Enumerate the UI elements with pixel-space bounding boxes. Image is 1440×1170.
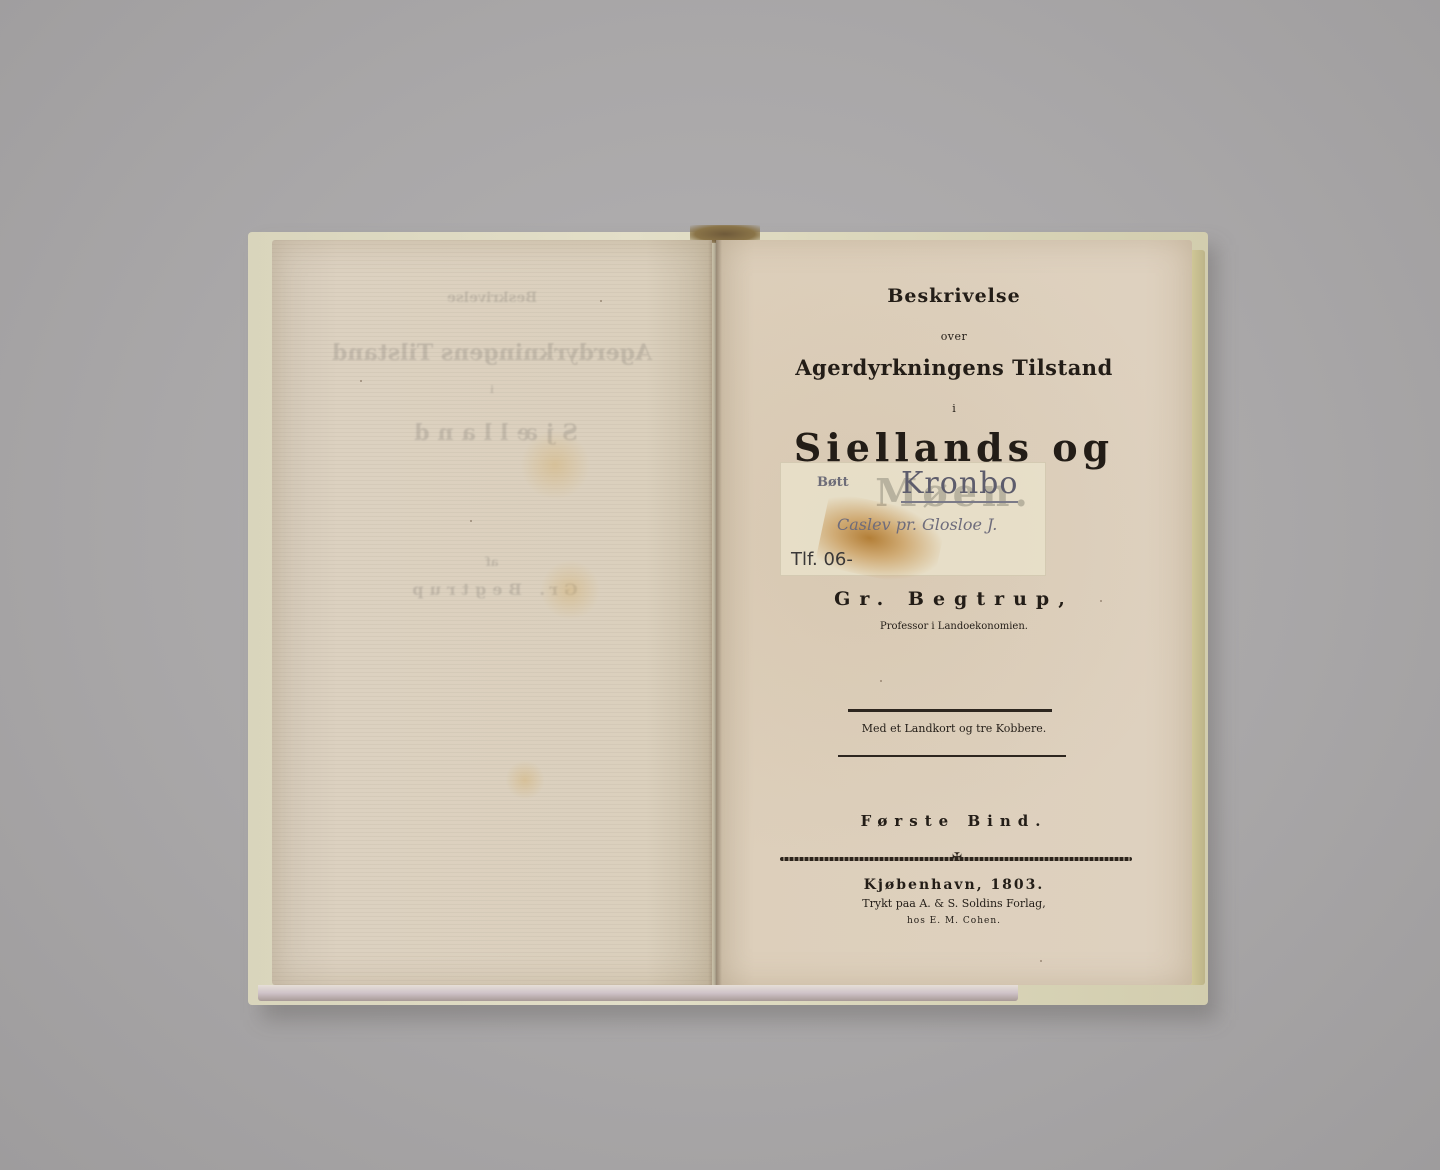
title-line-2: over (716, 330, 1192, 343)
imprint-place-year: Kjøbenhavn, 1803. (716, 877, 1192, 893)
foxing-stain (520, 430, 590, 500)
paper-speck (1040, 960, 1042, 962)
author-title: Professor i Landoekonomien. (716, 621, 1192, 632)
paper-speck (470, 520, 472, 522)
paper-speck (880, 680, 882, 682)
paper-speck (360, 380, 362, 382)
ghost-line: Sjælland (272, 420, 712, 446)
bleed-through-text: Beskrivelse Agerdyrkningens Tilstand i S… (272, 240, 712, 985)
rust-stain (815, 491, 948, 589)
ghost-line: i (272, 385, 712, 396)
author-name: Gr. Begtrup, (716, 588, 1192, 610)
volume-label: Første Bind. (716, 812, 1192, 830)
photo-scene: Beskrivelse Agerdyrkningens Tilstand i S… (0, 0, 1440, 1170)
title-line-4: i (716, 402, 1192, 415)
label-phone: Tlf. 06- (791, 549, 853, 570)
ghost-line: Gr. Begtrup (272, 580, 712, 599)
rule-top (848, 709, 1052, 712)
paper-speck (600, 300, 602, 302)
page-block-bottom-edge (258, 985, 1018, 1001)
ghost-line: Beskrivelse (272, 290, 712, 306)
rule-bottom (838, 755, 1066, 757)
imprint-printer-2: hos E. M. Cohen. (716, 916, 1192, 926)
foxing-stain (540, 560, 600, 620)
title-page (716, 240, 1192, 985)
foxing-stain (505, 760, 545, 800)
paper-speck (1100, 600, 1102, 602)
ghost-line: af (272, 555, 712, 569)
ornament-icon: ✠ (952, 850, 962, 864)
ghost-line: Agerdyrkningens Tilstand (272, 340, 712, 366)
label-prefix: Bøtt (817, 475, 849, 490)
imprint-printer: Trykt paa A. & S. Soldins Forlag, (716, 897, 1192, 910)
illustrations-note: Med et Landkort og tre Kobbere. (716, 722, 1192, 735)
label-name: Kronbo (901, 467, 1018, 503)
book-gutter (708, 240, 722, 985)
title-line-3: Agerdyrkningens Tilstand (716, 355, 1192, 380)
title-line-1: Beskrivelse (716, 285, 1192, 307)
library-label: Bøtt Kronbo Caslev pr. Glosloe J. Tlf. 0… (780, 462, 1046, 576)
label-address: Caslev pr. Glosloe J. (837, 515, 997, 534)
